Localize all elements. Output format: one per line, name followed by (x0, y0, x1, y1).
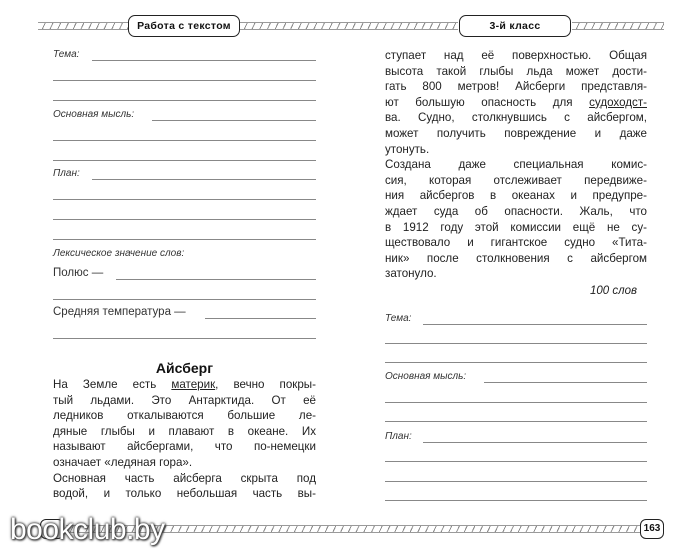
term-pole: Полюс — (53, 267, 103, 279)
story-text-right: ступает над её поверхностью. Общаявысота… (385, 48, 647, 282)
answer-line[interactable] (53, 199, 316, 200)
text-line: тый льдами. Это Антарктида. От её (53, 393, 316, 409)
text-line: в 1912 году этой комиссии ещё не су- (385, 220, 647, 236)
answer-line[interactable] (385, 402, 647, 403)
text-line: Основная часть айсберга скрыта под (53, 471, 316, 487)
main-idea-answer-line[interactable] (152, 120, 316, 121)
main-idea-label: Основная мысль: (385, 371, 466, 382)
answer-line[interactable] (53, 100, 316, 101)
text-line: называют айсбергами, что по-немецки (53, 439, 316, 455)
text-line: ют большую опасность для судоходст- (385, 95, 647, 111)
text-line: водой, и только небольшая часть вы- (53, 486, 316, 502)
answer-line[interactable] (53, 338, 316, 339)
section-label: Работа с текстом (128, 15, 240, 37)
text-line: ник» после столкновения с айсбергом (385, 251, 647, 267)
plan-label: План: (385, 431, 412, 442)
page-number-right: 163 (640, 519, 664, 539)
answer-line[interactable] (53, 160, 316, 161)
main-idea-label: Основная мысль: (53, 109, 134, 120)
topic-label: Тема: (385, 313, 411, 324)
story-title: Айсберг (53, 360, 316, 376)
text-line: На Земле есть материк, вечно покры- (53, 377, 316, 393)
word-count: 100 слов (590, 285, 637, 297)
answer-line[interactable] (385, 500, 647, 501)
answer-line[interactable] (53, 140, 316, 141)
answer-line[interactable] (385, 481, 647, 482)
text-line: ждает суда об опасности. Жаль, что (385, 204, 647, 220)
text-line: может получить повреждение и даже (385, 126, 647, 142)
answer-line[interactable] (53, 299, 316, 300)
answer-line[interactable] (53, 239, 316, 240)
text-line: дяные глыбы и плавают в океане. Их (53, 424, 316, 440)
underlined-word: материк (171, 378, 215, 391)
text-line: гать 800 метров! Айсберги представля- (385, 79, 647, 95)
main-idea-answer-line[interactable] (484, 382, 647, 383)
story-text-left: На Земле есть материк, вечно покры-тый л… (53, 377, 316, 502)
topic-label: Тема: (53, 49, 79, 60)
text-line: означает «ледяная гора». (53, 455, 316, 471)
text-line: высота такой глыбы льда может дости- (385, 64, 647, 80)
header-decorative-strip-right (572, 22, 664, 30)
topic-answer-line[interactable] (423, 324, 647, 325)
answer-line[interactable] (385, 461, 647, 462)
grade-label: 3-й класс (459, 15, 571, 37)
answer-line[interactable] (385, 343, 647, 344)
answer-line[interactable] (385, 362, 647, 363)
text-line: ния айсбергов в океанах и предупре- (385, 188, 647, 204)
plan-answer-line[interactable] (92, 179, 316, 180)
term-temperature-answer-line[interactable] (205, 318, 316, 319)
text-line: ва. Судно, столкнувшись с айсбергом, (385, 110, 647, 126)
plan-label: План: (53, 168, 80, 179)
header-decorative-strip-middle (240, 22, 458, 30)
text-line: ступает над её поверхностью. Общая (385, 48, 647, 64)
underlined-word: судоходст- (589, 96, 647, 109)
header-decorative-strip-left (38, 22, 130, 30)
text-line: затонуло. (385, 266, 647, 282)
answer-line[interactable] (53, 219, 316, 220)
watermark-logo: bookclub.by (10, 513, 165, 547)
term-average-temperature: Средняя температура — (53, 306, 186, 318)
text-line: ледников откалываются большие ле- (53, 408, 316, 424)
text-line: Создана даже специальная комис- (385, 157, 647, 173)
text-line: ществовало и гигантское судно «Тита- (385, 235, 647, 251)
answer-line[interactable] (53, 80, 316, 81)
text-line: сия, которая отслеживает передвиже- (385, 173, 647, 189)
answer-line[interactable] (385, 421, 647, 422)
topic-answer-line[interactable] (92, 60, 316, 61)
text-line: утонуть. (385, 142, 647, 158)
plan-answer-line[interactable] (423, 442, 647, 443)
lexical-meaning-label: Лексическое значение слов: (53, 248, 184, 259)
term-pole-answer-line[interactable] (116, 279, 316, 280)
